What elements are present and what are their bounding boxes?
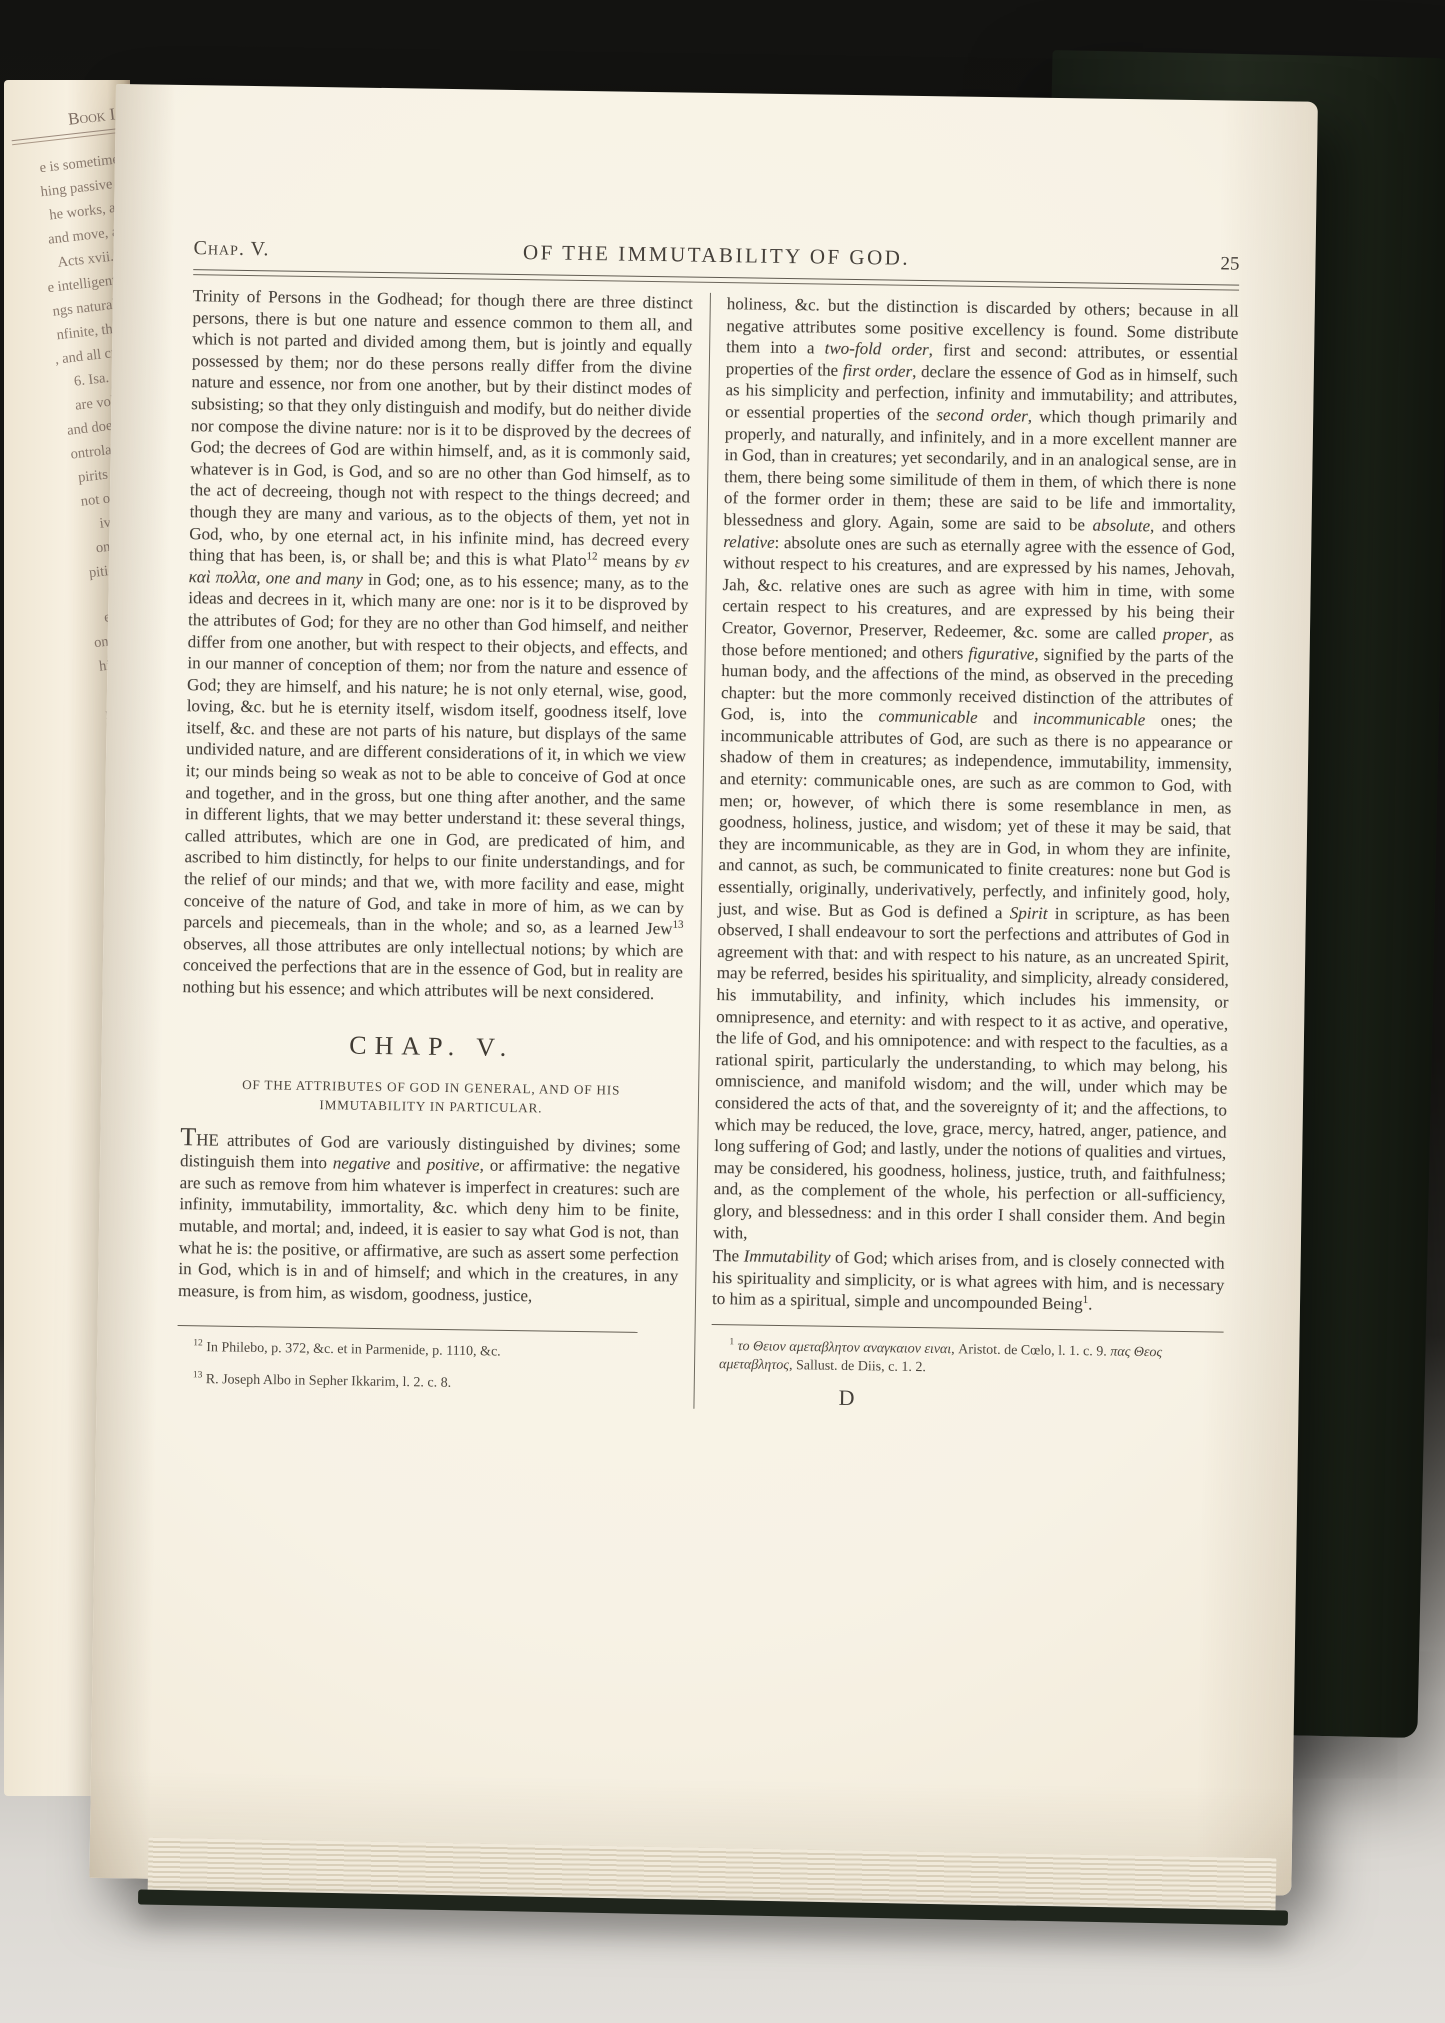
- right-column-paragraph: holiness, &c. but the distinction is dis…: [713, 293, 1239, 1251]
- footnote-12: 12 In Philebo, p. 372, &c. et in Parmeni…: [177, 1334, 677, 1365]
- column-divider-rule: [693, 293, 711, 1408]
- left-column: Trinity of Persons in the Godhead; for t…: [176, 285, 692, 1408]
- running-header: Chap. V. OF THE IMMUTABILITY OF GOD. 25: [193, 235, 1239, 276]
- left-footnote-block: 12 In Philebo, p. 372, &c. et in Parmeni…: [177, 1325, 678, 1396]
- running-header-chapter: Chap. V.: [193, 237, 523, 265]
- page-text-block: Chap. V. OF THE IMMUTABILITY OF GOD. 25 …: [176, 235, 1239, 1416]
- book-photo: Book I. e is sometimeshing passive inhe …: [0, 0, 1445, 2023]
- text-columns: Trinity of Persons in the Godhead; for t…: [176, 285, 1238, 1416]
- left-footnote-rule: [178, 1325, 638, 1333]
- right-column: holiness, &c. but the distinction is dis…: [710, 293, 1238, 1416]
- book-page: Chap. V. OF THE IMMUTABILITY OF GOD. 25 …: [89, 84, 1317, 1896]
- footnote-1: 1 το Θειον αμεταβλητον αναγκαιον ειναι, …: [711, 1333, 1224, 1382]
- running-header-title: OF THE IMMUTABILITY OF GOD.: [523, 240, 911, 271]
- chapter-heading-block: CHAP. V. OF THE ATTRIBUTES OF GOD IN GEN…: [181, 1028, 682, 1119]
- right-footnote-block: 1 το Θειον αμεταβλητον αναγκαιον ειναι, …: [711, 1324, 1224, 1382]
- chapter-opening-paragraph: THE attributes of God are variously dist…: [178, 1129, 681, 1309]
- left-column-paragraph: Trinity of Persons in the Godhead; for t…: [182, 285, 693, 1005]
- immutability-paragraph-text: The Immutability of God; which arises fr…: [712, 1246, 1225, 1314]
- right-footnote-rule: [712, 1324, 1224, 1333]
- chapter-subtitle: OF THE ATTRIBUTES OF GOD IN GENERAL, AND…: [181, 1074, 682, 1119]
- footnote-13: 13 R. Joseph Albo in Sepher Ikkarim, l. …: [177, 1366, 677, 1397]
- immutability-paragraph: The Immutability of God; which arises fr…: [712, 1245, 1225, 1317]
- page-number: 25: [910, 249, 1240, 276]
- chapter-heading: CHAP. V.: [182, 1028, 682, 1065]
- signature-mark: D: [838, 1384, 1222, 1416]
